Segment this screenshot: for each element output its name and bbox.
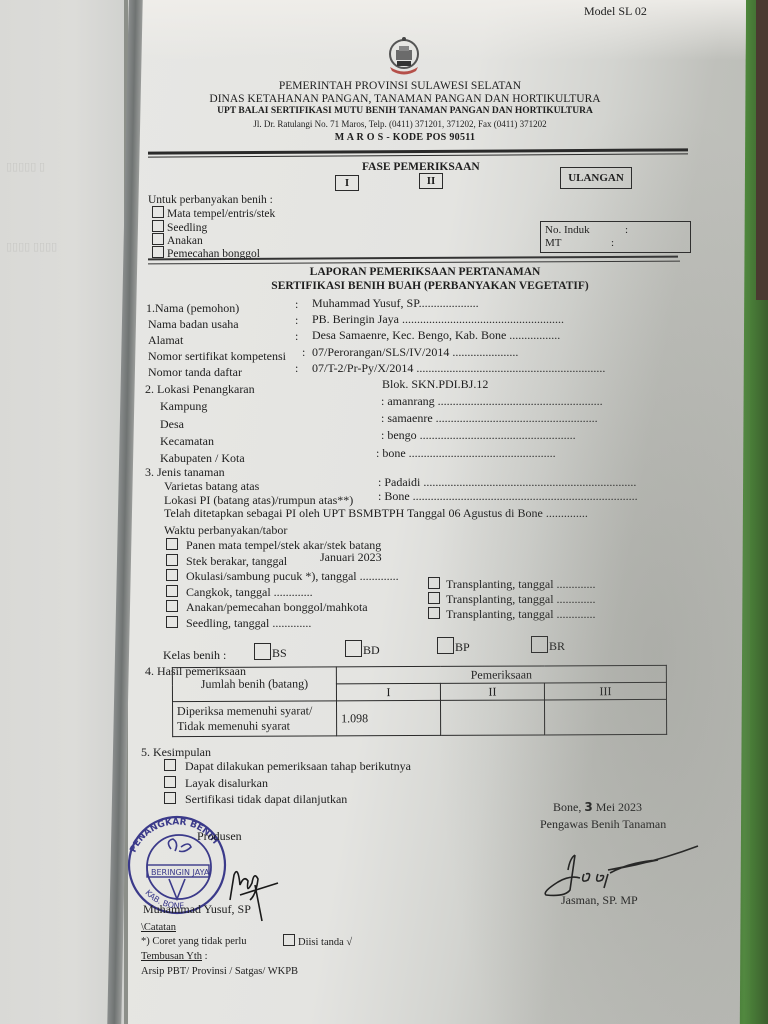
rootstock-variety-label: Varietas batang atas [164,479,259,494]
propagation-time-option[interactable]: Seedling, tanggal ............. [166,616,311,631]
header-unit: UPT BALAI SERTIFIKASI MUTU BENIH TANAMAN… [190,106,620,116]
result-row-label: Diperiksa memenuhi syarat/Tidak memenuhi… [173,701,337,737]
registry-number-row: No. Induk: [545,224,590,236]
pi-location-value: : Bone .................................… [378,489,638,504]
location-label: 2. Lokasi Penangkaran [145,382,255,397]
propagation-option[interactable]: Mata tempel/entris/stek [152,206,275,220]
header-department: DINAS KETAHANAN PANGAN, TANAMAN PANGAN D… [200,93,610,105]
applicant-row: 1.Nama (pemohon) [146,301,239,316]
cc-label: Tembusan Yth : [141,951,208,962]
seed-class-option[interactable]: BS [254,643,287,661]
conclusion-option[interactable]: Layak disalurkan [164,776,268,791]
seed-class-option[interactable]: BP [437,637,470,655]
place: Bone, [553,800,584,814]
checkbox[interactable] [428,607,440,619]
result-value-1[interactable]: 1.098 [336,700,440,735]
option-label: Transplanting, tanggal ............. [446,592,596,606]
checkbox[interactable] [164,759,176,771]
inspector-signature-icon [540,840,705,900]
checkbox[interactable] [345,640,362,657]
transplanting-option[interactable]: Transplanting, tanggal ............. [428,592,596,607]
option-label: Dapat dilakukan pemeriksaan tahap beriku… [185,759,411,773]
conclusion-option[interactable]: Dapat dilakukan pemeriksaan tahap beriku… [164,759,411,774]
field-value: 07/T-2/Pr-Py/X/2014 ....................… [312,361,605,376]
option-label: BS [272,646,287,660]
registry-number-label: No. Induk [545,224,590,236]
seed-class-label: Kelas benih : [163,648,226,663]
inspector-title: Pengawas Benih Tanaman [540,817,666,832]
separator: : [611,237,614,249]
result-value-2[interactable] [440,700,544,735]
location-field-label: Desa [160,417,184,432]
location-field-value: : bengo ................................… [381,428,576,443]
report-subtitle: SERTIFIKASI BENIH BUAH (PERBANYAKAN VEGE… [240,280,620,292]
checkbox[interactable] [166,585,178,597]
checkbox[interactable] [152,220,164,232]
separator: : [625,224,628,236]
field-label: 1.Nama (pemohon) [146,301,239,315]
producer-title: Produsen [197,829,242,844]
separator: : [202,951,208,962]
option-label: Layak disalurkan [185,776,268,790]
field-value: Desa Samaenre, Kec. Bengo, Kab. Bone ...… [312,328,560,343]
inspector-name: Jasman, SP. MP [561,893,638,908]
option-label: BP [455,640,470,654]
seed-class-option[interactable]: BR [531,636,565,654]
count-header: Jumlah benih (batang) [172,667,336,702]
applicant-row: Nomor tanda daftar [148,365,242,380]
option-label: Okulasi/sambung pucuk *), tanggal ......… [186,569,399,583]
field-value: PB. Beringin Jaya ......................… [312,312,564,327]
applicant-row: Nama badan usaha [148,317,239,332]
cc-title: Tembusan Yth [141,951,202,962]
location-field-label: Kabupaten / Kota [160,451,245,466]
checkbox[interactable] [152,246,164,258]
registry-box: No. Induk: MT: [540,221,691,253]
page-highlight [128,0,746,60]
location-field-value: : amanrang .............................… [381,394,603,409]
propagation-time-option[interactable]: Stek berakar, tanggal [166,554,287,569]
producer-name: Muhammad Yusuf, SP [143,902,251,917]
option-label: Transplanting, tanggal ............. [446,577,596,591]
facing-page: ▯▯▯▯▯ ▯ ▯▯▯▯ ▯▯▯▯ [0,0,124,1024]
field-label: Nomor sertifikat kompetensi [148,349,286,363]
result-value-3[interactable] [544,699,666,735]
row-label-line1: Diperiksa memenuhi syarat/ [177,703,312,718]
phase-label: FASE PEMERIKSAAN [362,161,480,173]
plant-label: 3. Jenis tanaman [145,465,225,480]
propagation-time-label: Waktu perbanyakan/tabor [164,523,287,538]
applicant-sep: : [295,361,298,376]
row-label-line2: Tidak memenuhi syarat [177,719,290,733]
transplanting-option[interactable]: Transplanting, tanggal ............. [428,607,596,622]
mt-row: MT: [545,237,562,249]
model-code: Model SL 02 [584,4,647,19]
inspection-2-header: II [440,683,544,700]
inspection-1-header: I [336,683,440,700]
ghost-text: ▯▯▯▯ ▯▯▯▯ [6,240,57,253]
location-field-value: : samaenre .............................… [381,411,598,426]
option-label: Seedling, tanggal ............. [186,616,311,630]
place-date: Bone, 3 Mei 2023 [553,800,642,815]
checkbox[interactable] [164,776,176,788]
transplanting-option[interactable]: Transplanting, tanggal ............. [428,577,596,592]
ghost-text: ▯▯▯▯▯ ▯ [6,160,45,173]
checkbox[interactable] [166,538,178,550]
repeat-box[interactable]: ULANGAN [560,167,632,189]
inspection-3-header: III [544,682,666,700]
pi-designation: Telah ditetapkan sebagai PI oleh UPT BSM… [164,506,588,521]
applicant-row: Alamat [148,333,183,348]
applicant-sep: : [295,313,298,328]
checkbox[interactable] [152,233,164,245]
checkbox[interactable] [531,636,548,653]
table-surface [756,0,768,300]
cc-recipients: Arsip PBT/ Provinsi / Satgas/ WKPB [141,966,298,977]
checkbox[interactable] [283,934,295,946]
tick-note: Diisi tanda √ [283,934,352,948]
header-government: PEMERINTAH PROVINSI SULAWESI SELATAN [250,80,550,92]
phase-box-1[interactable]: I [335,175,359,191]
location-field-label: Kampung [160,399,207,414]
checkbox[interactable] [437,637,454,654]
conclusion-label: 5. Kesimpulan [141,745,211,760]
rootstock-variety-value: : Padaidi ..............................… [378,475,636,490]
option-label: Mata tempel/entris/stek [167,208,275,220]
checkbox[interactable] [166,616,178,628]
cutting-date: Januari 2023 [320,550,382,565]
inspection-header: Pemeriksaan [336,665,666,683]
option-label: Anakan/pemecahan bonggol/mahkota [186,600,368,614]
mt-label: MT [545,237,562,249]
propagation-time-option[interactable]: Okulasi/sambung pucuk *), tanggal ......… [166,569,399,584]
checkbox[interactable] [166,554,178,566]
provincial-emblem-icon [382,34,426,78]
month-year: Mei 2023 [593,800,642,814]
strike-note: *) Coret yang tidak perlu [141,936,247,947]
propagation-time-option[interactable]: Cangkok, tanggal ............. [166,585,313,600]
field-value: Muhammad Yusuf, SP.................... [312,296,479,311]
applicant-row: Nomor sertifikat kompetensi [148,349,286,364]
propagation-label: Untuk perbanyakan benih : [148,194,273,206]
applicant-sep: : [295,297,298,312]
notes-label: \Catatan [141,922,176,933]
field-label: Nama badan usaha [148,317,239,331]
propagation-time-option[interactable]: Anakan/pemecahan bonggol/mahkota [166,600,368,615]
checkbox[interactable] [164,792,176,804]
checkbox[interactable] [428,577,440,589]
option-label: Cangkok, tanggal ............. [186,585,313,599]
propagation-option[interactable]: Seedling [152,220,207,234]
option-label: Transplanting, tanggal ............. [446,607,596,621]
option-label: Stek berakar, tanggal [186,554,287,568]
checkbox[interactable] [166,600,178,612]
report-title: LAPORAN PEMERIKSAAN PERTANAMAN [260,266,590,278]
location-block: Blok. SKN.PDI.BJ.12 [382,377,488,392]
handwritten-day: 3 [584,800,592,814]
option-label: BD [363,643,380,657]
conclusion-option[interactable]: Sertifikasi tidak dapat dilanjutkan [164,792,347,807]
applicant-sep: : [295,329,298,344]
applicant-sep: : [302,345,305,360]
field-label: Alamat [148,333,183,347]
field-label: Nomor tanda daftar [148,365,242,379]
checkbox[interactable] [254,643,271,660]
checkbox[interactable] [152,206,164,218]
checkbox[interactable] [428,592,440,604]
propagation-option[interactable]: Anakan [152,233,203,247]
results-table: Jumlah benih (batang) Pemeriksaan I II I… [172,665,667,737]
seed-class-option[interactable]: BD [345,640,380,658]
location-field-label: Kecamatan [160,434,214,449]
option-label: Sertifikasi tidak dapat dilanjutkan [185,792,347,806]
location-field-value: : bone .................................… [376,446,556,461]
header-address: Jl. Dr. Ratulangi No. 71 Maros, Telp. (0… [210,119,590,129]
field-value: 07/Perorangan/SLS/IV/2014 ..............… [312,345,518,360]
phase-box-2[interactable]: II [419,173,443,189]
tick-note-label: Diisi tanda √ [298,937,352,948]
header-city: M A R O S - KODE POS 90511 [300,132,510,143]
option-label: BR [549,639,565,653]
checkbox[interactable] [166,569,178,581]
